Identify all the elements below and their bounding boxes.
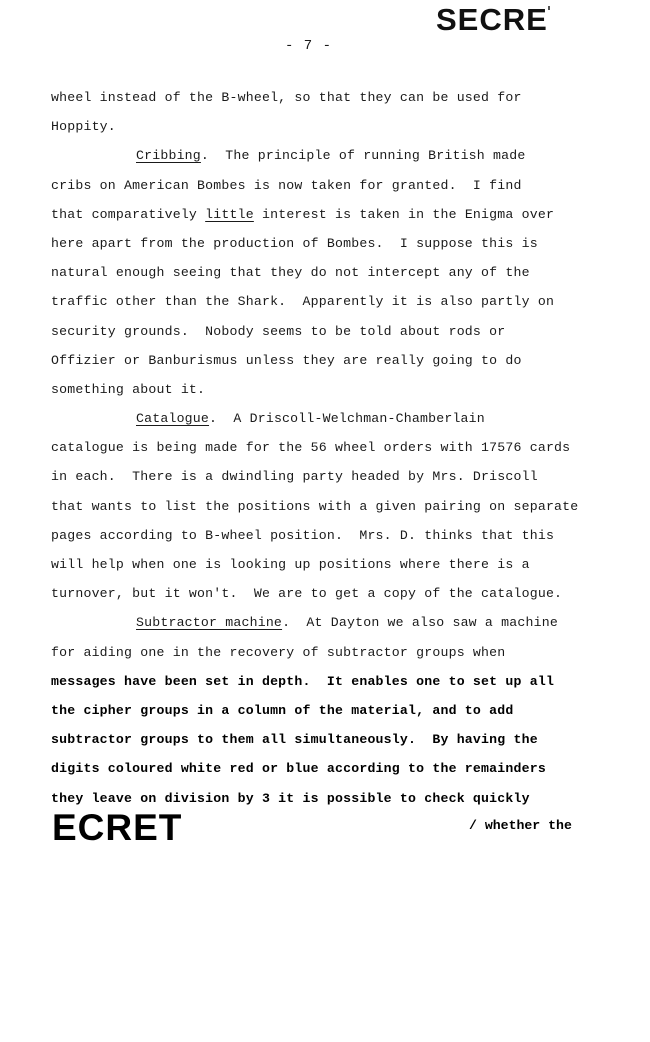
text-line: pages according to B-wheel position. Mrs…	[51, 521, 611, 550]
section-heading-subtractor-machine: Subtractor machine	[136, 615, 282, 630]
text-line: cribs on American Bombes is now taken fo…	[51, 171, 611, 200]
text-line: Hoppity.	[51, 112, 611, 141]
text-line: something about it.	[51, 375, 611, 404]
section-heading-catalogue: Catalogue	[136, 411, 209, 426]
section-heading-cribbing: Cribbing	[136, 148, 201, 163]
text-line: that wants to list the positions with a …	[51, 492, 611, 521]
text-line: the cipher groups in a column of the mat…	[51, 696, 611, 725]
paragraph-start-catalogue: Catalogue. A Driscoll-Welchman-Chamberla…	[51, 404, 611, 433]
secret-stamp-bottom: ECRET	[52, 808, 182, 848]
text-line: wheel instead of the B-wheel, so that th…	[51, 83, 611, 112]
text-line: messages have been set in depth. It enab…	[51, 667, 611, 696]
underlined-word: little	[205, 207, 254, 222]
text-line: in each. There is a dwindling party head…	[51, 462, 611, 491]
text-line: digits coloured white red or blue accord…	[51, 754, 611, 783]
text-line: for aiding one in the recovery of subtra…	[51, 638, 611, 667]
paragraph-start-subtractor: Subtractor machine. At Dayton we also sa…	[51, 608, 611, 637]
text-line: that comparatively little interest is ta…	[51, 200, 611, 229]
secret-stamp-top: SECRE	[436, 2, 550, 38]
stamp-text: SECRE	[436, 2, 548, 37]
text-line: security grounds. Nobody seems to be tol…	[51, 317, 611, 346]
stamp-mark	[548, 6, 550, 10]
continuation-catchword: / whether the	[469, 818, 572, 833]
text-line: Offizier or Banburismus unless they are …	[51, 346, 611, 375]
text-line: subtractor groups to them all simultaneo…	[51, 725, 611, 754]
text-line: traffic other than the Shark. Apparently…	[51, 287, 611, 316]
paragraph-start-cribbing: Cribbing. The principle of running Briti…	[51, 141, 611, 170]
page-number: - 7 -	[285, 38, 332, 54]
text-line: will help when one is looking up positio…	[51, 550, 611, 579]
text-line: turnover, but it won't. We are to get a …	[51, 579, 611, 608]
document-body: wheel instead of the B-wheel, so that th…	[51, 83, 611, 813]
text-line: catalogue is being made for the 56 wheel…	[51, 433, 611, 462]
text-line: here apart from the production of Bombes…	[51, 229, 611, 258]
text-line: natural enough seeing that they do not i…	[51, 258, 611, 287]
